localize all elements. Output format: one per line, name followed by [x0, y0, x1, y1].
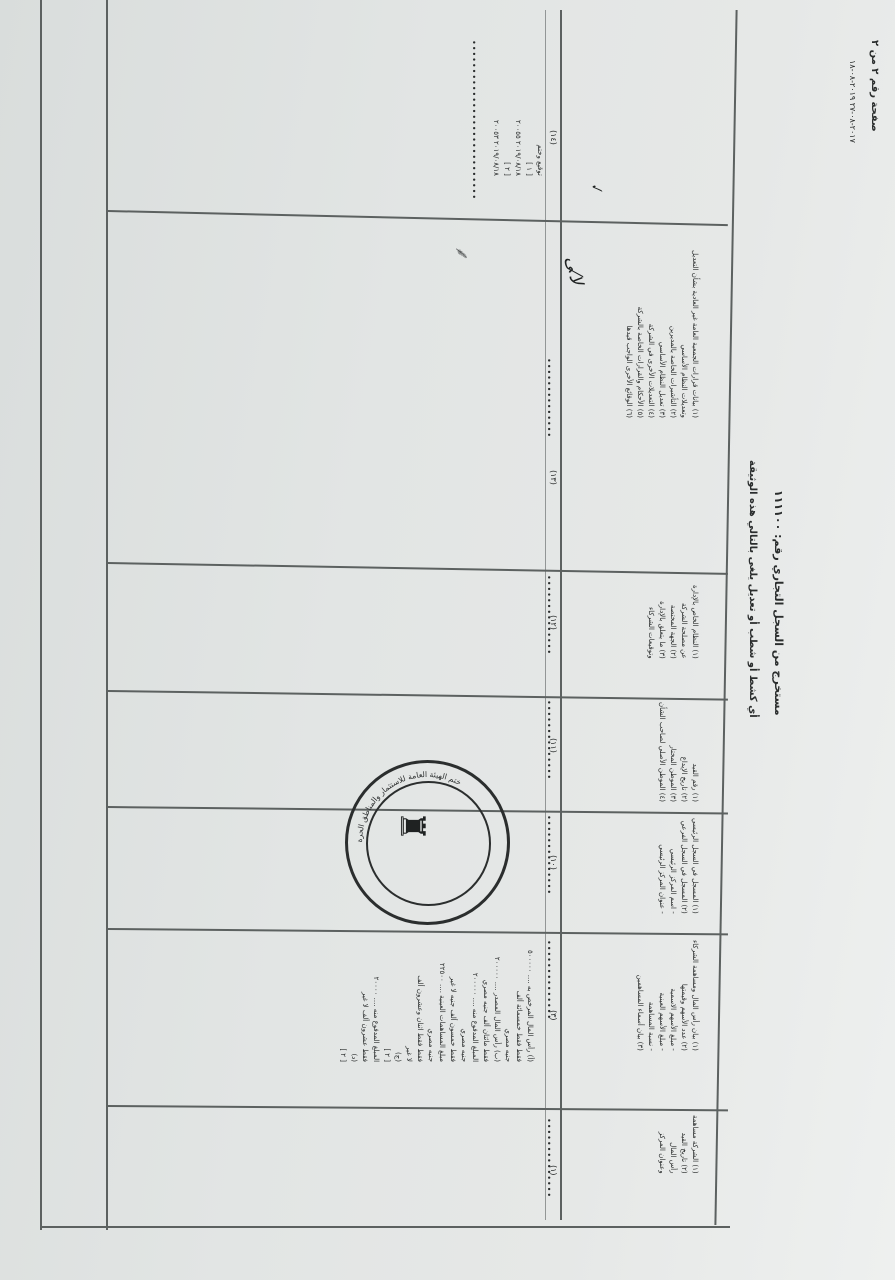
cell-line: (٣) بيان أسماء المساهمين	[634, 940, 645, 1051]
cell-capital-details: (أ) رأس المال المرخص به .... ٥٠٠٠٠٠ فقط …	[337, 950, 535, 1062]
cell-col-11: (١) رقم القيد (٢) تاريخ الإيداع (٣) المو…	[656, 702, 700, 802]
col-sep-3	[108, 690, 728, 701]
date-line: ٢٠١٧-٠٨-٢٧ ٢٠١٩-٠٨-١٨	[847, 60, 858, 143]
cell-line: (٣) الموطن المختار	[667, 702, 678, 802]
header-row-line	[560, 10, 562, 1220]
col-sep-6	[108, 1105, 728, 1111]
cell-col-3: (١) بيان رأس المال ومساهمة الشركاء (٢) ع…	[634, 940, 700, 1051]
svg-text:ختم الهيئة العامة للاستثمار وا: ختم الهيئة العامة للاستثمار والمناطق الح…	[355, 770, 463, 843]
dotted-placeholder-12: ••••••••••••••	[544, 575, 553, 655]
cell-line: (١) بيان رأس المال ومساهمة الشركاء	[689, 940, 700, 1051]
cell-line: لا غير	[403, 950, 414, 1062]
cell-line: (٣) ما يتعلق بالإدارة	[656, 585, 667, 659]
col-13-number: (١٣)	[549, 470, 558, 485]
cell-line: (١) بيانات قرارات الجمعية العامة غير الع…	[689, 250, 700, 418]
cell-line: مبلغ المساهمات العينية .... ٢٢٥٠٠	[436, 950, 447, 1062]
cell-line: - اسم المركز الرئيسي	[667, 818, 678, 914]
frame-right	[714, 10, 737, 1225]
signature-mark: ﻻ⁄ﻰ	[561, 255, 587, 286]
cell-line: [ ٢ ]	[501, 120, 512, 176]
cell-col-13: (١) بيانات قرارات الجمعية العامة غير الع…	[623, 250, 700, 418]
cell-line: فقط خمسون ألف جنيه لا غير	[447, 950, 458, 1062]
cell-line: [ ٢ ]	[337, 950, 348, 1062]
cell-line: (٢) عدد الأسهم وقيمتها	[678, 940, 689, 1051]
cell-line: جنيه مصري	[425, 950, 436, 1062]
document-title: مستخرج من السجل التجاري رقم: ١١١١٠٠	[772, 490, 785, 716]
dotted-placeholder-11: ••••••••••••••	[544, 700, 553, 780]
cell-line: - مبلغ الأسهم العينية	[656, 940, 667, 1051]
signature-mark: ⸙	[450, 245, 474, 259]
document-subtitle: أي كشط أو شطب أو تعديل يلغى بالتالي هذه …	[747, 460, 758, 718]
col-sep-1	[108, 210, 728, 226]
dotted-placeholder-10: ••••••••••••••	[544, 815, 553, 895]
scanned-page: صفحة رقم ٢ من ٢ ٢٠١٧-٠٨-٢٧ ٢٠١٩-٠٨-١٨ مس…	[0, 0, 895, 1280]
cell-line: (٢) تاريخ القيد	[678, 1115, 689, 1174]
cell-line: جنيه مصري	[502, 950, 513, 1062]
cell-line: فقط عشرون ألف لا غير	[359, 950, 370, 1062]
cell-line: (١) رقم القيد	[689, 702, 700, 802]
cell-line: (٢) الجهة المختصة	[667, 585, 678, 659]
cell-line: - مبلغ الأسهم الاسمية	[667, 940, 678, 1051]
frame-inner-left	[106, 0, 108, 1230]
cell-line: (٢) التأشيرات الخاصة بالمديرين	[667, 250, 678, 418]
cell-line: وتوقيعات الشركاء	[645, 585, 656, 659]
page-number-label: صفحة رقم ٢ من ٢	[869, 40, 880, 132]
cell-line: وتعديلات النظام الأساسي	[678, 250, 689, 418]
cell-line: (١) الشركة مساهمة	[689, 1115, 700, 1174]
signature-mark: ✓	[586, 180, 605, 196]
cell-line: (٥) الأحكام والقرارات الخاصة بالشركة	[634, 250, 645, 418]
col-sep-5	[108, 928, 728, 935]
cell-line: - نسبة المساهمة	[645, 940, 656, 1051]
col-sep-2	[108, 562, 728, 575]
cell-line: المبلغ المدفوع منه .... ٢٠٠٠٠	[370, 950, 381, 1062]
cell-line: (أ) رأس المال المرخص به .... ٥٠٠٠٠٠	[524, 950, 535, 1062]
cell-line: (ب) رأس المال المصدر .... ٢٠٠٠٠٠	[491, 950, 502, 1062]
cell-line: (٢) تاريخ الإيداع	[678, 702, 689, 802]
cell-line: وعنوان المركز	[656, 1115, 667, 1174]
cell-line: - عنوان المركز الرئيسي	[656, 818, 667, 914]
cell-line: ٢٠١٩/٠٨/١٨ ٢٠٠٥٣	[490, 120, 501, 176]
cell-col-1: (١) الشركة مساهمة (٢) تاريخ القيد رأس ال…	[656, 1115, 700, 1174]
frame-bottom	[40, 1226, 730, 1228]
cell-line: (٢) المسجل في السجل الفرعي	[678, 818, 689, 914]
cell-line: توقيع وختم	[534, 120, 545, 176]
cell-line: ٢٠١٩/٠٨/١٨ ٢٠٠٥٥	[512, 120, 523, 176]
cell-col-14: توقيع وختم [ ١ ] ٢٠١٩/٠٨/١٨ ٢٠٠٥٥ [ ٢ ] …	[490, 120, 545, 176]
cell-line: جنيه مصري	[458, 950, 469, 1062]
cell-line: (٤) الموطن الأصلي لصاحب الشأن	[656, 702, 667, 802]
cell-line: [ ١ ]	[523, 120, 534, 176]
dotted-line-left-2: ••••••••••••••	[469, 120, 478, 200]
dotted-placeholder-3: ••••••••••••••	[544, 940, 553, 1020]
col-14-number: (١٤)	[549, 130, 558, 145]
dotted-placeholder-2: ••••••••••••••	[544, 1118, 553, 1198]
frame-left	[40, 0, 42, 1230]
cell-line: فقط فقط اثنان وعشرون ألف	[414, 950, 425, 1062]
official-stamp: ♜ ختم الهيئة العامة للاستثمار والمناطق ا…	[345, 760, 510, 925]
cell-line: (٦) الوقائع الأخرى الواجب قيدها	[623, 250, 634, 418]
stamp-ring-text: ختم الهيئة العامة للاستثمار والمناطق الح…	[348, 763, 507, 922]
cell-line: (٣) تعديل النظام الأساسي	[656, 250, 667, 418]
cell-line: فقط فقط خمسمائة ألف	[513, 950, 524, 1062]
cell-col-12: (١) النظام الخاص بالإدارة عن مصلحة الشرك…	[645, 585, 700, 659]
cell-line: عن مصلحة الشركة	[678, 585, 689, 659]
cell-line: (١) المسجل في السجل الرئيسي	[689, 818, 700, 914]
cell-line: (د)	[348, 950, 359, 1062]
cell-line: فقط مائتان ألف جنيه مصري	[480, 950, 491, 1062]
cell-col-10: (١) المسجل في السجل الرئيسي (٢) المسجل ف…	[656, 818, 700, 914]
dotted-line-left: ••••••••••••••	[469, 40, 478, 120]
dotted-placeholder-13: ••••••••••••••	[544, 358, 553, 438]
cell-line: رأس المال	[667, 1115, 678, 1174]
cell-line: [ ٢ ]	[381, 950, 392, 1062]
cell-line: (ج)	[392, 950, 403, 1062]
cell-line: (٤) التعديلات الأخرى في الشركة	[645, 250, 656, 418]
cell-line: المبلغ المدفوع منه .... ٢٠٠٠٠٠	[469, 950, 480, 1062]
cell-line: (١) النظام الخاص بالإدارة	[689, 585, 700, 659]
